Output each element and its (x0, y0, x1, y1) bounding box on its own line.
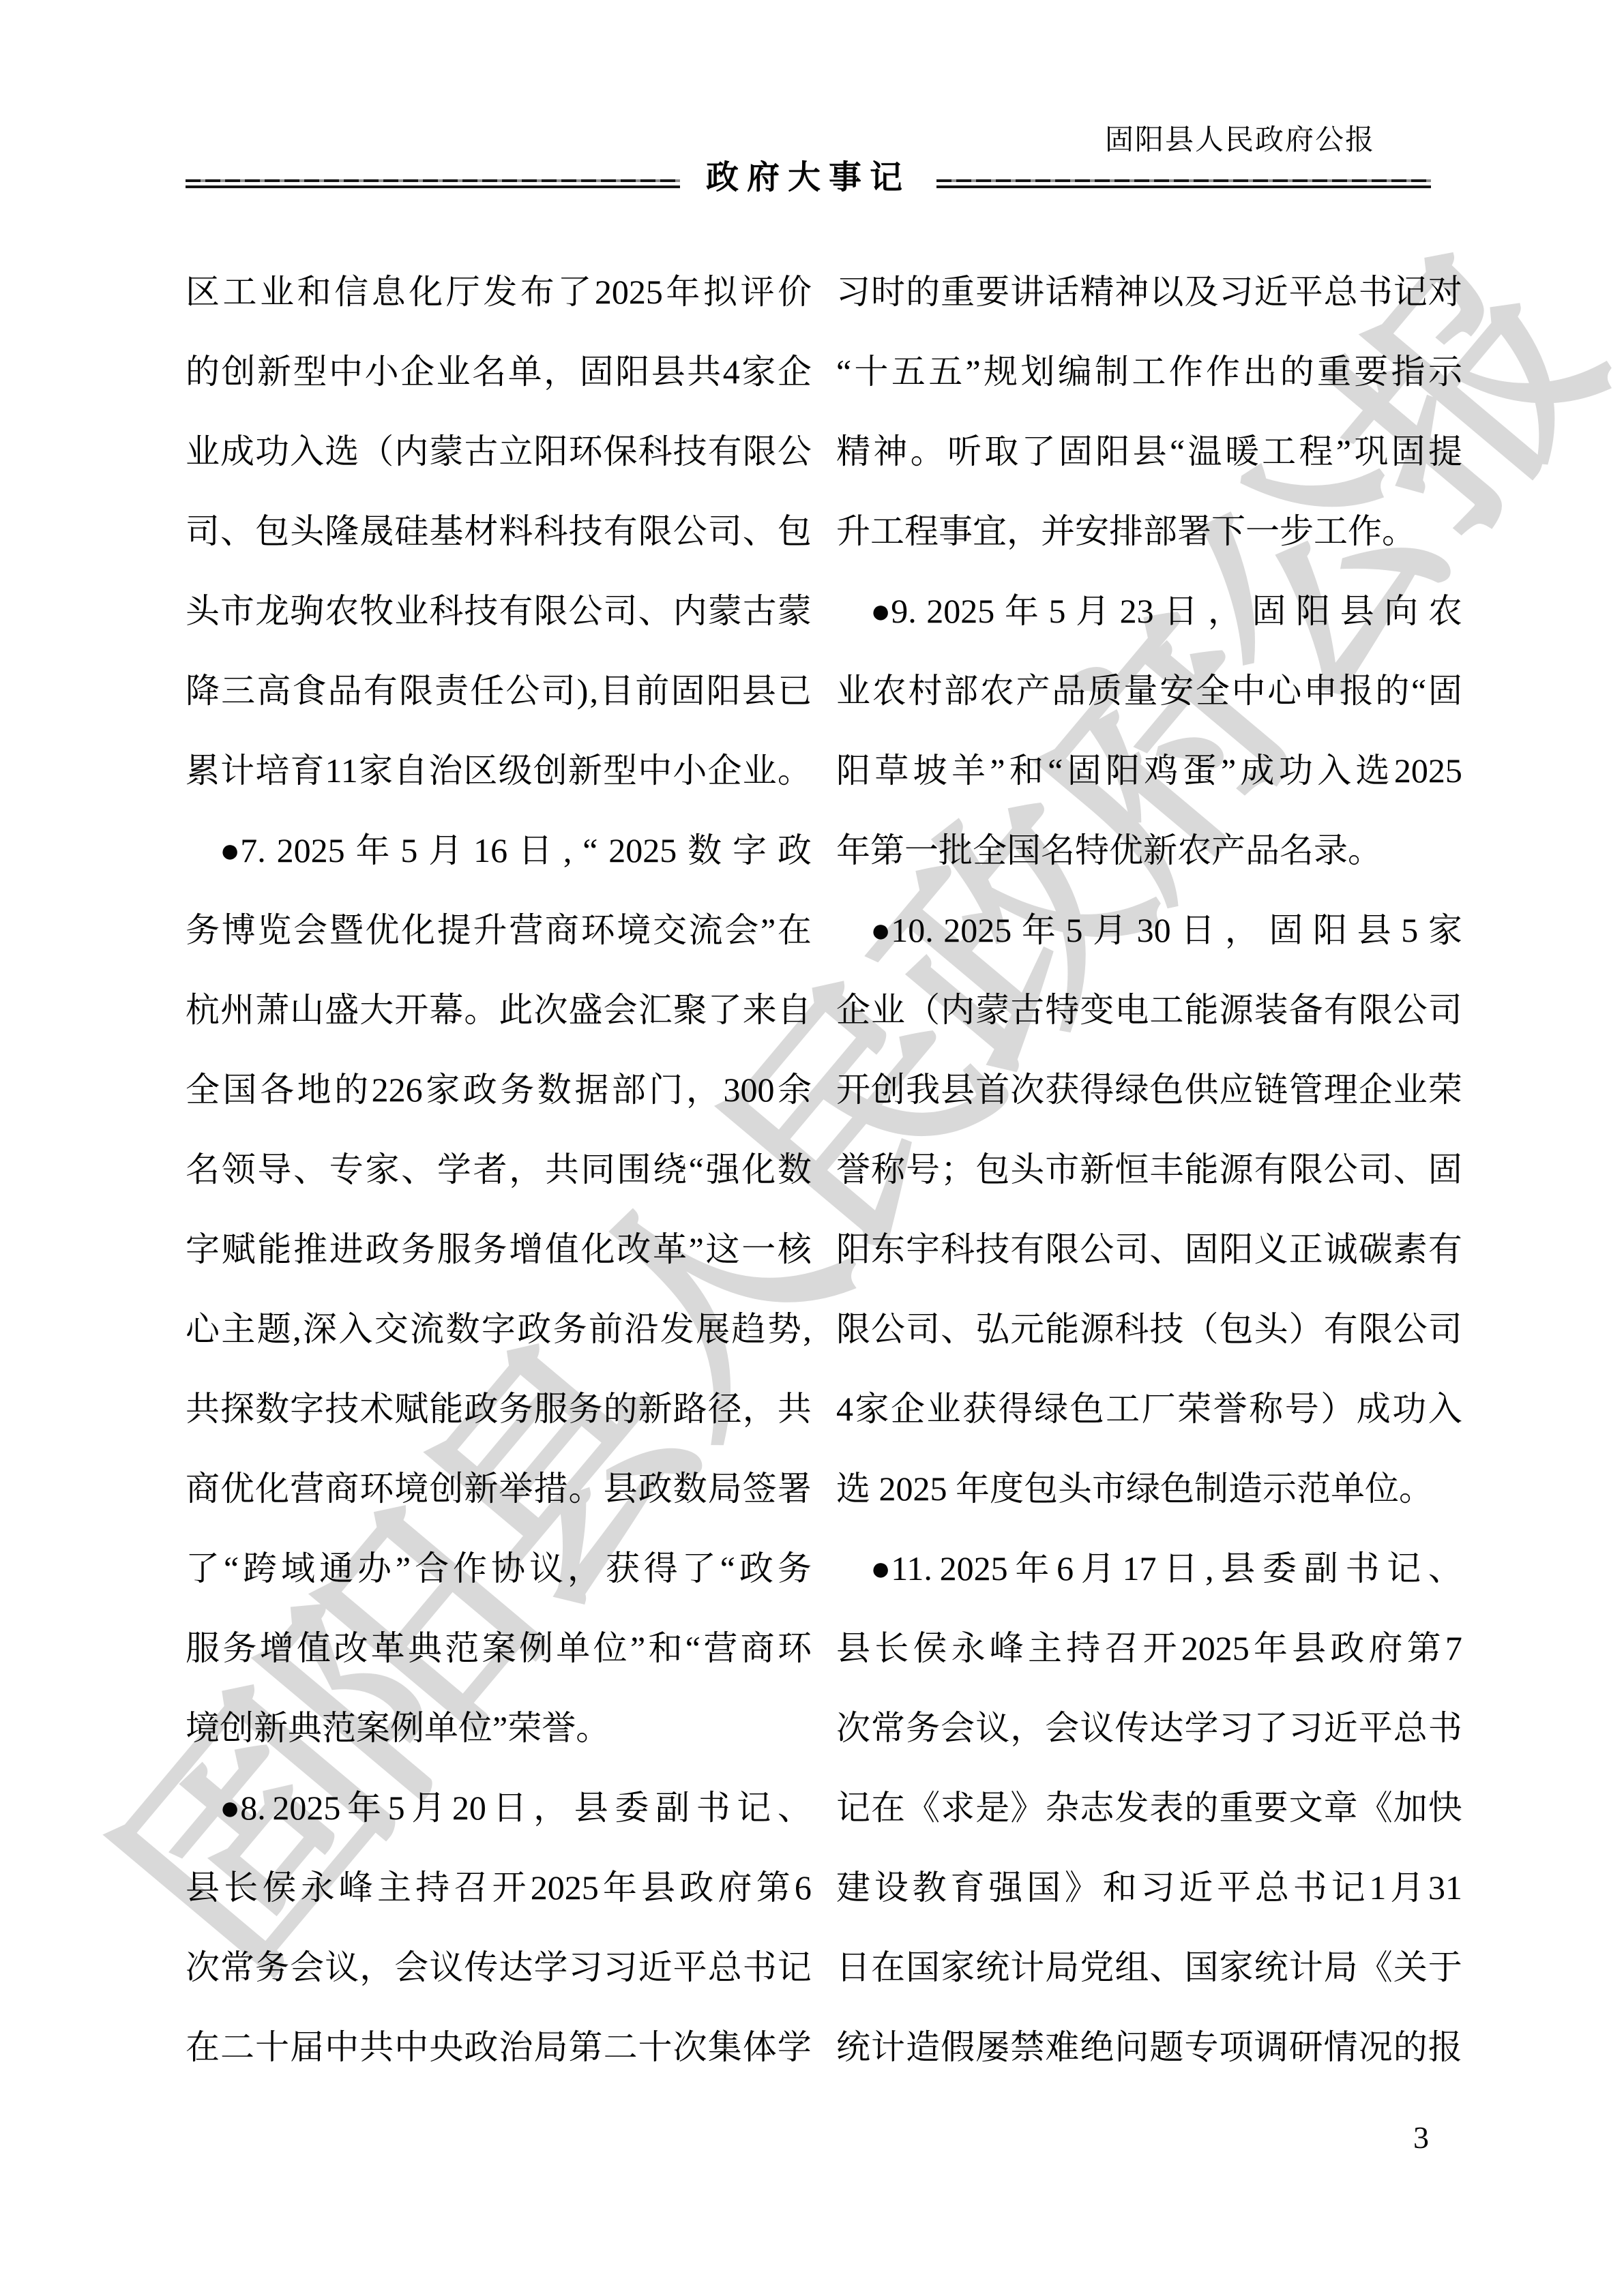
text-line: 务博览会暨优化提升营商环境交流会”在 (186, 891, 812, 970)
text-line: 司、包头隆晟硅基材料科技有限公司、包 (186, 492, 812, 571)
text-line: 杭州萧山盛大开幕。此次盛会汇聚了来自 (186, 970, 812, 1050)
text-line: 商优化营商环境创新举措。县政数局签署 (186, 1449, 812, 1529)
text-line: 全国各地的226家政务数据部门，300余 (186, 1050, 812, 1130)
text-line: 年第一批全国名特优新农产品名录。 (836, 811, 1462, 891)
column-left: 区工业和信息化厅发布了2025年拟评价的创新型中小企业名单，固阳县共4家企业成功… (186, 252, 812, 2087)
text-line: ●8.2025年5月20日，县委副书记、 (186, 1768, 812, 1848)
text-line: ●11.2025年6月17日,县委副书记、 (836, 1529, 1462, 1609)
text-line: 累计培育11家自治区级创新型中小企业。 (186, 731, 812, 811)
text-line: 了“跨域通办”合作协议，获得了“政务 (186, 1529, 812, 1609)
text-line: “十五五”规划编制工作作出的重要指示 (836, 332, 1462, 412)
text-line: 服务增值改革典范案例单位”和“营商环 (186, 1609, 812, 1688)
text-line: ●9.2025年5月23日，固阳县向农 (836, 571, 1462, 651)
text-line: 心主题,深入交流数字政务前沿发展趋势, (186, 1289, 812, 1369)
text-line: 日在国家统计局党组、国家统计局《关于 (836, 1928, 1462, 2008)
text-line: 选 2025 年度包头市绿色制造示范单位。 (836, 1449, 1462, 1529)
text-line: 县长侯永峰主持召开2025年县政府第7 (836, 1609, 1462, 1688)
text-line: 限公司、弘元能源科技（包头）有限公司 (836, 1289, 1462, 1369)
text-line: 境创新典范案例单位”荣誉。 (186, 1688, 812, 1768)
text-line: ●10.2025年5月30日，固阳县5家 (836, 891, 1462, 970)
gazette-page: 固阳县人民政府公报 固阳县人民政府公报 政府大事记 区工业和信息化厅发布了202… (0, 0, 1624, 2296)
publication-title: 固阳县人民政府公报 (1105, 117, 1375, 158)
section-header: 政府大事记 (186, 153, 1431, 194)
text-line: 企业（内蒙古特变电工能源装备有限公司 (836, 970, 1462, 1050)
text-line: 降三高食品有限责任公司),目前固阳县已 (186, 651, 812, 731)
text-line: 在二十届中共中央政治局第二十次集体学 (186, 2008, 812, 2087)
text-line: 阳草坡羊”和“固阳鸡蛋”成功入选2025 (836, 731, 1462, 811)
header-rule-right (936, 179, 1431, 188)
text-line: 的创新型中小企业名单，固阳县共4家企 (186, 332, 812, 412)
text-line: 业成功入选（内蒙古立阳环保科技有限公 (186, 412, 812, 492)
section-title: 政府大事记 (706, 151, 911, 198)
text-line: 头市龙驹农牧业科技有限公司、内蒙古蒙 (186, 571, 812, 651)
text-line: 习时的重要讲话精神以及习近平总书记对 (836, 252, 1462, 332)
text-line: ●7.2025年5月16日,“2025数字政 (186, 811, 812, 891)
text-line: 升工程事宜，并安排部署下一步工作。 (836, 492, 1462, 571)
text-line: 建设教育强国》和习近平总书记1月31 (836, 1848, 1462, 1928)
text-line: 次常务会议，会议传达学习习近平总书记 (186, 1928, 812, 2008)
text-line: 县长侯永峰主持召开2025年县政府第6 (186, 1848, 812, 1928)
text-line: 共探数字技术赋能政务服务的新路径，共 (186, 1369, 812, 1449)
body-columns: 区工业和信息化厅发布了2025年拟评价的创新型中小企业名单，固阳县共4家企业成功… (186, 252, 1462, 2087)
text-line: 记在《求是》杂志发表的重要文章《加快 (836, 1768, 1462, 1848)
header-rule-left (186, 179, 680, 188)
text-line: 统计造假屡禁难绝问题专项调研情况的报 (836, 2008, 1462, 2087)
text-line: 阳东宇科技有限公司、固阳义正诚碳素有 (836, 1210, 1462, 1289)
column-right: 习时的重要讲话精神以及习近平总书记对“十五五”规划编制工作作出的重要指示精神。听… (836, 252, 1462, 2087)
text-line: 字赋能推进政务服务增值化改革”这一核 (186, 1210, 812, 1289)
page-number: 3 (1413, 2119, 1429, 2156)
text-line: 4家企业获得绿色工厂荣誉称号）成功入 (836, 1369, 1462, 1449)
text-line: 开创我县首次获得绿色供应链管理企业荣 (836, 1050, 1462, 1130)
text-line: 精神。听取了固阳县“温暖工程”巩固提 (836, 412, 1462, 492)
text-line: 誉称号；包头市新恒丰能源有限公司、固 (836, 1130, 1462, 1210)
text-line: 次常务会议，会议传达学习了习近平总书 (836, 1688, 1462, 1768)
text-line: 名领导、专家、学者，共同围绕“强化数 (186, 1130, 812, 1210)
text-line: 区工业和信息化厅发布了2025年拟评价 (186, 252, 812, 332)
text-line: 业农村部农产品质量安全中心申报的“固 (836, 651, 1462, 731)
